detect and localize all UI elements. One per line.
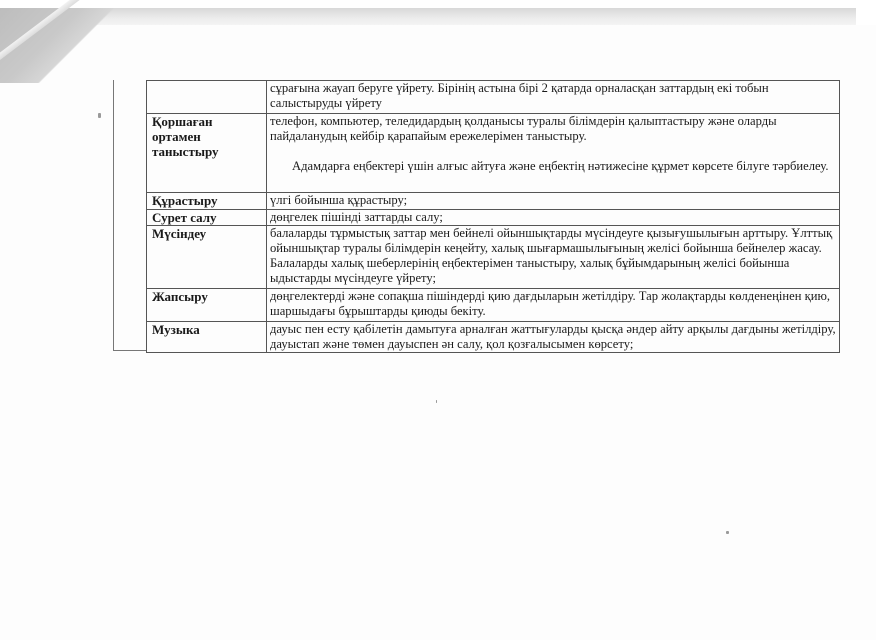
row-content: сұрағына жауап беруге үйрету. Бірінің ас… xyxy=(267,81,840,114)
scan-speck xyxy=(726,531,729,534)
table-row: Қоршаған ортамен таныстыру телефон, комп… xyxy=(147,114,840,193)
row-paragraph: дөңгелектерді және сопақша пішіндерді қи… xyxy=(270,289,837,319)
row-content: дөңгелектерді және сопақша пішіндерді қи… xyxy=(267,289,840,322)
row-label: Сурет салу xyxy=(147,210,267,226)
row-paragraph: телефон, компьютер, теледидардың қолданы… xyxy=(270,114,837,144)
page-top-margin xyxy=(0,0,876,8)
table-row: сұрағына жауап беруге үйрету. Бірінің ас… xyxy=(147,81,840,114)
outer-column-bottom-rule xyxy=(113,350,147,351)
row-label: Мүсіндеу xyxy=(147,226,267,289)
row-content: үлгі бойынша құрастыру; xyxy=(267,193,840,210)
row-paragraph: дауыс пен есту қабілетін дамытуға арналғ… xyxy=(270,322,837,352)
curriculum-table: сұрағына жауап беруге үйрету. Бірінің ас… xyxy=(146,80,840,353)
table-row: Мүсіндеу балаларды тұрмыстық заттар мен … xyxy=(147,226,840,289)
row-label: Қоршаған ортамен таныстыру xyxy=(147,114,267,193)
table-row: Жапсыру дөңгелектерді және сопақша пішін… xyxy=(147,289,840,322)
row-label: Жапсыру xyxy=(147,289,267,322)
table-row: Сурет салу дөңгелек пішінді заттарды сал… xyxy=(147,210,840,226)
row-content: дөңгелек пішінді заттарды салу; xyxy=(267,210,840,226)
row-paragraph: сұрағына жауап беруге үйрету. Бірінің ас… xyxy=(270,81,837,111)
row-label xyxy=(147,81,267,114)
row-content: дауыс пен есту қабілетін дамытуға арналғ… xyxy=(267,322,840,353)
outer-column-rule xyxy=(113,80,114,351)
scan-speck xyxy=(436,400,437,403)
table-row: Музыка дауыс пен есту қабілетін дамытуға… xyxy=(147,322,840,353)
table-row: Құрастыру үлгі бойынша құрастыру; xyxy=(147,193,840,210)
scan-speck xyxy=(98,113,101,118)
page-fold-corner xyxy=(0,8,130,83)
row-content: телефон, компьютер, теледидардың қолданы… xyxy=(267,114,840,193)
row-content: балаларды тұрмыстық заттар мен бейнелі о… xyxy=(267,226,840,289)
row-label: Музыка xyxy=(147,322,267,353)
row-paragraph: дөңгелек пішінді заттарды салу; xyxy=(270,210,837,225)
row-label: Құрастыру xyxy=(147,193,267,210)
row-paragraph: Адамдарға еңбектері үшін алғыс айтуға жә… xyxy=(270,159,837,174)
row-paragraph: балаларды тұрмыстық заттар мен бейнелі о… xyxy=(270,226,837,286)
row-paragraph: үлгі бойынша құрастыру; xyxy=(270,193,837,208)
scan-margin-right xyxy=(856,8,876,25)
